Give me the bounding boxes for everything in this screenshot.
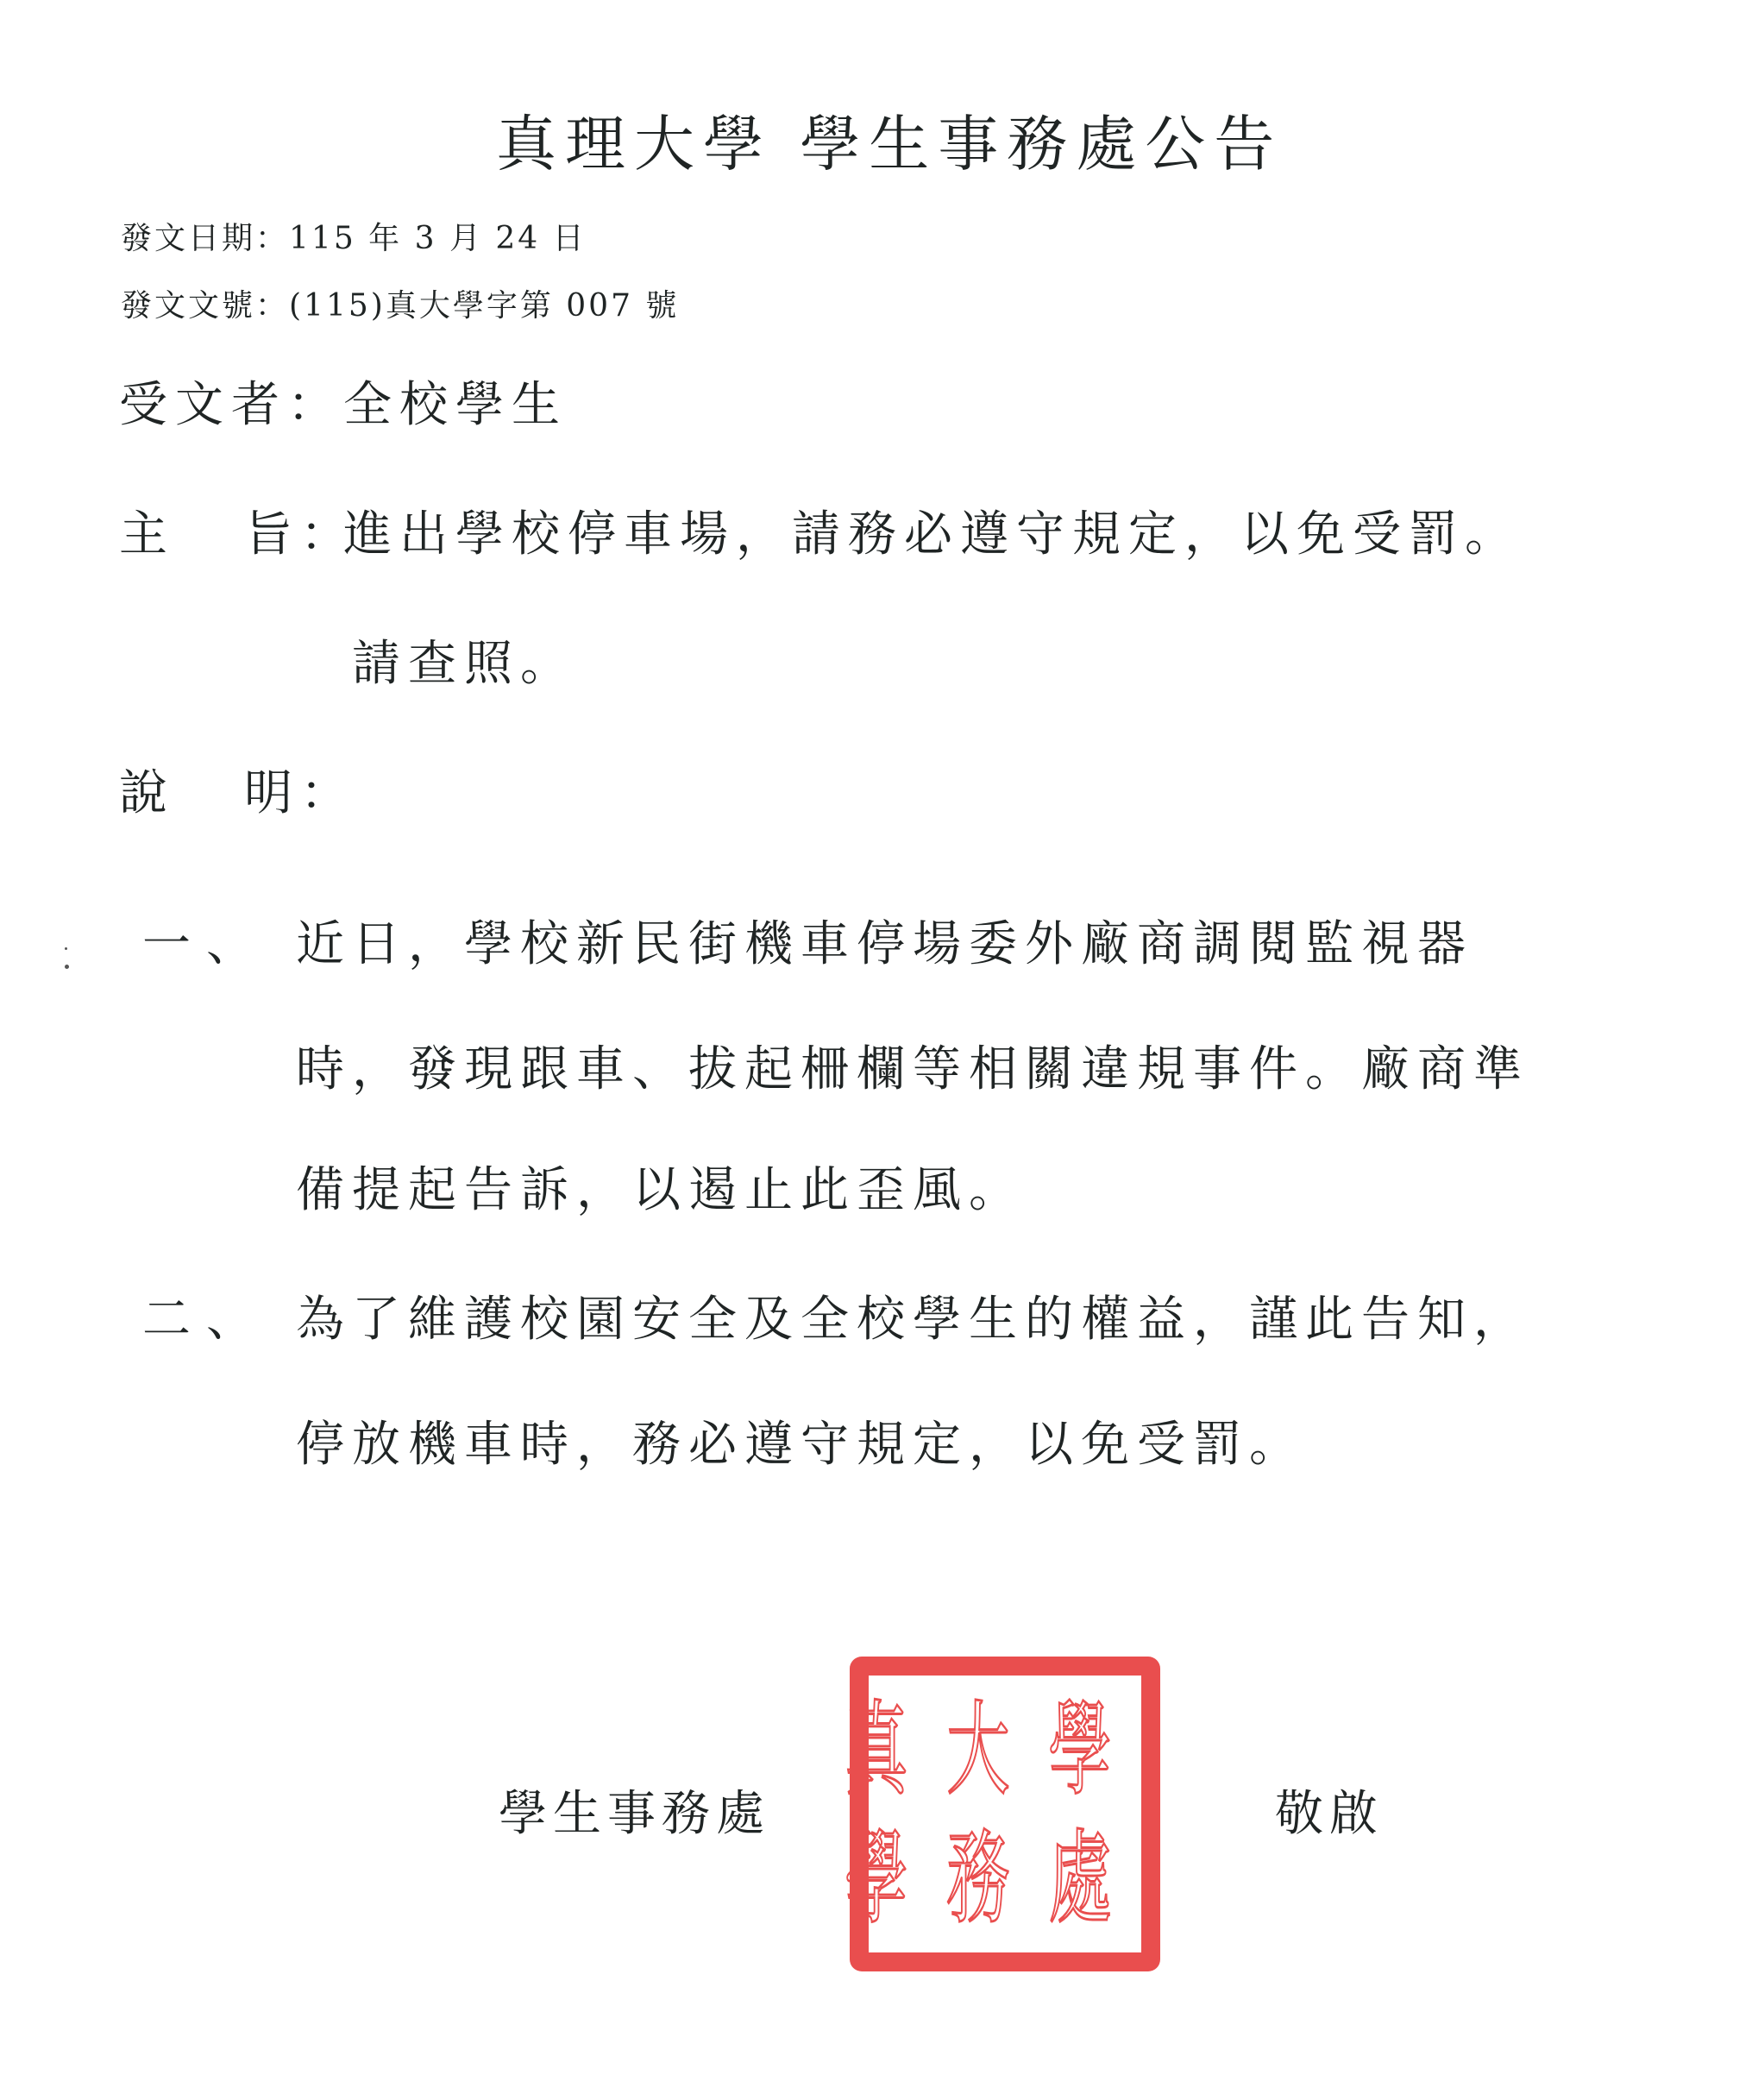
scan-speck <box>65 947 67 950</box>
item-line: 停放機車時，務必遵守規定，以免受罰。 <box>296 1411 1305 1480</box>
scan-speck <box>65 965 69 969</box>
item-line: 備提起告訴，以遏止此歪風。 <box>296 1156 1025 1225</box>
item-line: 時，發現跟車、拔起柵欄等相關違規事件。廠商準 <box>296 1035 1529 1104</box>
document-number: 發文文號：(115)真大學字第 007 號 <box>121 285 679 328</box>
recipient: 受文者：全校學生 <box>119 371 568 440</box>
seal-char: 學 <box>845 1814 907 1943</box>
explanation-label: 說明： <box>119 759 356 828</box>
issue-date-value: 115 年 3 月 24 日 <box>289 221 587 256</box>
subject-label-char: 主 <box>119 506 175 563</box>
subject-label: 主旨： <box>119 500 343 569</box>
seal-char: 真 <box>845 1686 907 1814</box>
document-number-value: (115)真大學字第 007 號 <box>289 288 679 324</box>
subject: 主旨：進出學校停車場，請務必遵守規定，以免受罰。 <box>119 500 1521 569</box>
seal-char: 學 <box>1048 1686 1111 1814</box>
seal-char: 處 <box>1048 1814 1111 1943</box>
recipient-value: 全校學生 <box>343 377 568 433</box>
document-number-label: 發文文號： <box>121 288 289 324</box>
seal-char: 務 <box>946 1814 1009 1943</box>
explanation-label-char: 說 <box>119 765 175 821</box>
item-line: 近日，學校新民街機車停場委外廠商調閱監視器 <box>296 910 1473 979</box>
explanation-label-char: 明： <box>244 765 356 821</box>
recipient-label: 受文者： <box>119 377 343 433</box>
signature-closing: 敬啟 <box>1275 1780 1384 1849</box>
subject-label-char: 旨： <box>244 506 356 563</box>
seal-char: 大 <box>946 1686 1009 1814</box>
issue-date-label: 發文日期： <box>121 221 289 256</box>
subject-text: 進出學校停車場，請務必遵守規定，以免受罰。 <box>343 506 1521 563</box>
issue-date: 發文日期：115 年 3 月 24 日 <box>121 217 587 261</box>
official-seal-stamp: 學 處 大 務 真 學 <box>850 1657 1160 1971</box>
item-number: 一、 <box>142 910 270 979</box>
subject-followup: 請查照。 <box>352 630 576 699</box>
seal-characters: 學 處 大 務 真 學 <box>879 1686 1131 1942</box>
item-number: 二、 <box>142 1286 270 1355</box>
document-title: 真理大學 學生事務處公告 <box>496 105 1283 183</box>
item-line: 為了維護校園安全及全校學生的權益，謹此告知， <box>296 1286 1529 1355</box>
signature-office: 學生事務處 <box>499 1780 770 1849</box>
